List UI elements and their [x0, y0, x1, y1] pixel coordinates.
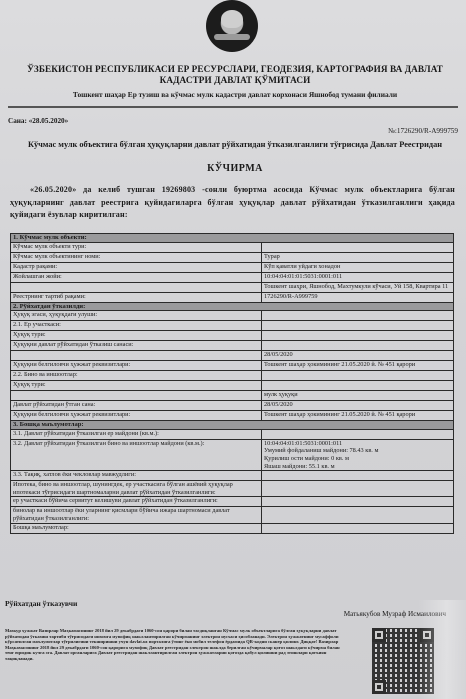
field-value [262, 321, 454, 331]
field-value [262, 471, 454, 481]
field-label: Ҳуқуқ тури: [11, 331, 262, 341]
field-label: Кўчмас мулк объекти тури: [11, 242, 262, 252]
field-label: Ҳуқуқни давлат рўйхатидан ўтказиш санаси… [11, 341, 262, 351]
organization-title: ЎЗБЕКИСТОН РЕСПУБЛИКАСИ ЕР РЕСУРСЛАРИ, Г… [20, 64, 450, 86]
field-value [262, 429, 454, 439]
field-label [11, 351, 262, 361]
table-row: 2.1. Ер участкаси: [11, 321, 454, 331]
table-row: 28/05/2020 [11, 351, 454, 361]
table-row: Ҳуқуқни давлат рўйхатидан ўтказиш санаси… [11, 341, 454, 351]
field-value [262, 507, 454, 523]
table-row: ер участкаси бўйича сервитут келишуви да… [11, 497, 454, 507]
document-heading: КЎЧИРМА [20, 163, 450, 174]
table-section-header: 1. Кўчмас мулк объекти: [11, 234, 454, 243]
intro-paragraph: «26.05.2020» да келиб тушган 19269803 -с… [10, 184, 455, 222]
field-value: 28/05/2020 [262, 351, 454, 361]
branch-name: Тошкент шаҳар Ер тузиш ва кўчмас мулк ка… [20, 90, 450, 99]
table-row: 3.3. Тақиқ, хатлов ёки чекловлар мавжудл… [11, 471, 454, 481]
table-row: Реестрнинг тартиб рақами:1726290/R-A9997… [11, 292, 454, 302]
emblem-sun-map [221, 10, 243, 28]
table-row: Ҳуқуқ тури: [11, 381, 454, 391]
field-value: мулк ҳуқуқи [262, 391, 454, 401]
field-label: Ипотека, бино ва иншоотлар, шунингдек, е… [11, 481, 262, 497]
table-row: Бошқа маълумотлар: [11, 523, 454, 533]
section-title: 3. Бошқа маълумотлар: [11, 421, 454, 430]
footer-legal-note: Мазкур ҳужжат Вазирлар Маҳкамасининг 201… [5, 628, 340, 662]
field-label: Ҳуқуқни белгиловчи ҳужжат реквизитлари: [11, 411, 262, 421]
field-label: 3.2. Давлат рўйхатидан ўтказилган бино в… [11, 439, 262, 470]
table-row: 3.1. Давлат рўйхатидан ўтказилган ер май… [11, 429, 454, 439]
table-row: Кўчмас мулк объектининг номи:Турар [11, 252, 454, 262]
table-row: Ҳуқуқни белгиловчи ҳужжат реквизитлари:Т… [11, 361, 454, 371]
field-value [262, 311, 454, 321]
table-row: Ипотека, бино ва иншоотлар, шунингдек, е… [11, 481, 454, 497]
field-label: 3.1. Давлат рўйхатидан ўтказилган ер май… [11, 429, 262, 439]
field-label [11, 282, 262, 292]
registry-table: 1. Кўчмас мулк объекти:Кўчмас мулк объек… [10, 233, 454, 534]
field-value: Тошкент шаҳар ҳокимининг 21.05.2020 й. №… [262, 361, 454, 371]
table-row: Ҳуқуқ тури: [11, 331, 454, 341]
field-label: Кадастр рақами: [11, 262, 262, 272]
field-value [262, 341, 454, 351]
field-value: Кўп қаватли уйдаги хонадон [262, 262, 454, 272]
field-label: Ҳуқуқни белгиловчи ҳужжат реквизитлари: [11, 361, 262, 371]
field-value: Тошкент шаҳри, Яшнобод, Махтумкули кўчас… [262, 282, 454, 292]
table-row: 3.2. Давлат рўйхатидан ўтказилган бино в… [11, 439, 454, 470]
field-value: 1726290/R-A999759 [262, 292, 454, 302]
field-label: 2.2. Бино ва иншоотлар: [11, 371, 262, 381]
section-title: 2. Рўйхатдан ўтказилди: [11, 302, 454, 311]
field-label: Давлат рўйхатидан ўтган сана: [11, 401, 262, 411]
table-row: Ҳуқуқни белгиловчи ҳужжат реквизитлари:Т… [11, 411, 454, 421]
field-label: ер участкаси бўйича сервитут келишуви да… [11, 497, 262, 507]
table-row: Кўчмас мулк объекти тури: [11, 242, 454, 252]
field-value: 28/05/2020 [262, 401, 454, 411]
field-label: 3.3. Тақиқ, хатлов ёки чекловлар мавжудл… [11, 471, 262, 481]
field-label: Кўчмас мулк объектининг номи: [11, 252, 262, 262]
field-label: Ҳуқуқ эгаси, ҳуқуқдаги улуши: [11, 311, 262, 321]
registrar-label: Рўйхатдан ўтказувчи [5, 599, 77, 608]
field-label: бинолар ва иншоотлар ёки уларнинг қисмла… [11, 507, 262, 523]
field-label: Жойлашган жойи: [11, 272, 262, 282]
table-row: Давлат рўйхатидан ўтган сана:28/05/2020 [11, 401, 454, 411]
table-row: Кадастр рақами:Кўп қаватли уйдаги хонадо… [11, 262, 454, 272]
field-label: Ҳуқуқ тури: [11, 381, 262, 391]
qr-finder-pattern [372, 628, 386, 642]
field-value: 10:04:04:01:01:5031:0001:011 [262, 272, 454, 282]
qr-finder-pattern [372, 680, 386, 694]
table-row: Ҳуқуқ эгаси, ҳуқуқдаги улуши: [11, 311, 454, 321]
state-emblem-icon [206, 0, 258, 52]
field-label: Бошқа маълумотлар: [11, 523, 262, 533]
document-number: №:1726290/R-A999759 [388, 127, 458, 135]
field-value [262, 481, 454, 497]
table-section-header: 3. Бошқа маълумотлар: [11, 421, 454, 430]
field-value [262, 523, 454, 533]
table-row: мулк ҳуқуқи [11, 391, 454, 401]
table-row: Тошкент шаҳри, Яшнобод, Махтумкули кўчас… [11, 282, 454, 292]
document-page: ЎЗБЕКИСТОН РЕСПУБЛИКАСИ ЕР РЕСУРСЛАРИ, Г… [0, 0, 466, 699]
field-label: 2.1. Ер участкаси: [11, 321, 262, 331]
field-value [262, 242, 454, 252]
field-value: 10:04:04:01:01:5031:0001:011 Умумий фойд… [262, 439, 454, 470]
field-label: Реестрнинг тартиб рақами: [11, 292, 262, 302]
field-value: Турар [262, 252, 454, 262]
field-value [262, 497, 454, 507]
document-title: Кўчмас мулк объектига бўлган ҳуқуқларни … [20, 139, 450, 150]
field-value: Тошкент шаҳар ҳокимининг 21.05.2020 й. №… [262, 411, 454, 421]
emblem-ribbon [214, 34, 250, 40]
table-section-header: 2. Рўйхатдан ўтказилди: [11, 302, 454, 311]
table-row: бинолар ва иншоотлар ёки уларнинг қисмла… [11, 507, 454, 523]
header-divider [8, 106, 458, 108]
table-row: Жойлашган жойи:10:04:04:01:01:5031:0001:… [11, 272, 454, 282]
document-date: Сана: «28.05.2020» [8, 117, 68, 125]
field-value [262, 381, 454, 391]
table-row: 2.2. Бино ва иншоотлар: [11, 371, 454, 381]
section-title: 1. Кўчмас мулк объекти: [11, 234, 454, 243]
photo-glare [418, 600, 466, 699]
field-value [262, 371, 454, 381]
field-label [11, 391, 262, 401]
field-value [262, 331, 454, 341]
